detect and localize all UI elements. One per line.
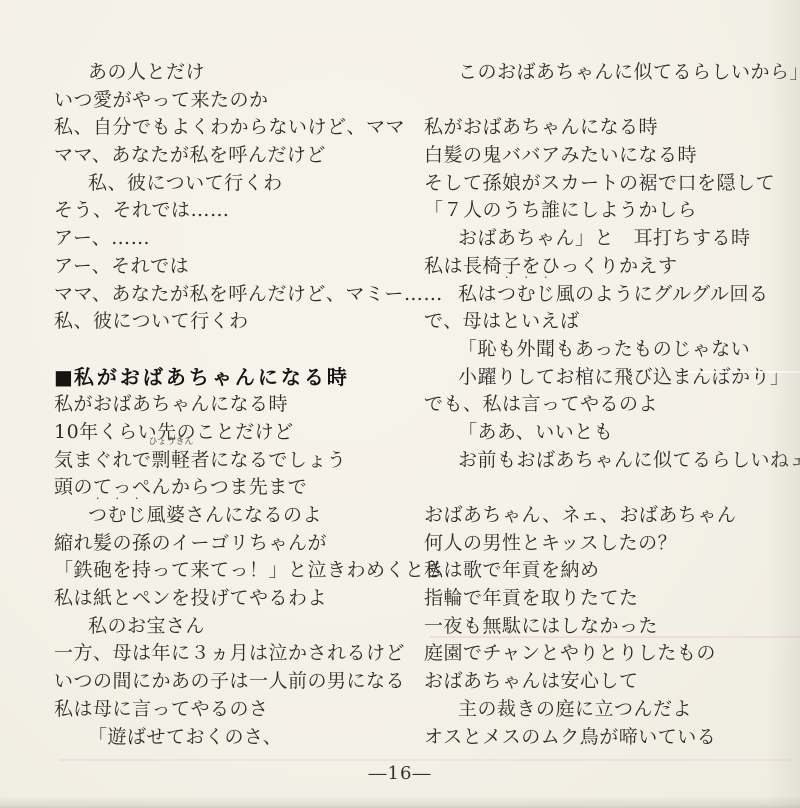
page-edge-shadow-bottom	[0, 796, 800, 808]
furigana-annotated-text: ひょうきん剽軽	[152, 447, 191, 475]
lyric-line: お前もおばあちゃんに似てるらしいねェ」	[424, 447, 796, 475]
emphasis-dot-icon: ・	[94, 495, 102, 503]
emphasis-dotted-char: ・む	[517, 281, 537, 309]
lyric-line: ママ、あなたが私を呼んだけど	[54, 142, 426, 170]
emphasis-dot-icon: ・	[133, 495, 141, 503]
lyric-line: ママ、あなたが私を呼んだけど、マミー……	[54, 281, 426, 309]
lyric-line: あの人とだけ	[54, 59, 426, 87]
lyric-line: 「恥も外聞もあったものじゃない	[424, 336, 796, 364]
lyric-line: 指輪で年貢を取りたてた	[424, 585, 796, 613]
lyrics-column-right: このおばあちゃんに似てるらしいから」私がおばあちゃんになる時白髪の鬼ババアみたい…	[424, 59, 796, 751]
blank-line	[424, 87, 796, 115]
page-number: ―16―	[0, 763, 800, 784]
lyric-line: 私がおばあちゃんになる時	[54, 391, 426, 419]
emphasis-dotted-char: ・じ	[536, 281, 556, 309]
lyric-line: 縮れ髪の孫のイーゴリちゃんが	[54, 530, 426, 558]
lyric-line: 「遊ばせておくのさ、	[54, 724, 426, 752]
emphasis-dot-icon: ・	[503, 274, 511, 282]
emphasis-dotted-char: ・む	[108, 502, 128, 530]
lyric-line: 私、彼について行くわ	[54, 308, 426, 336]
page-edge-shadow-right	[766, 0, 800, 808]
lyric-line: 私、彼について行くわ	[54, 170, 426, 198]
lyric-line: 頭のてっぺんからつま先まで	[54, 474, 426, 502]
lyric-line: 「鉄砲を持って来てっ！」と泣きわめくとき	[54, 557, 426, 585]
lyric-line: 主の裁きの庭に立つんだよ	[424, 696, 796, 724]
furigana-text: ひょうきん	[149, 438, 194, 447]
lyric-line: アー、それでは	[54, 253, 426, 281]
lyric-line: いつ愛がやって来たのか	[54, 87, 426, 115]
lyric-line: おばあちゃん」と 耳打ちする時	[424, 225, 796, 253]
lyric-line: 一方、母は年に３ヵ月は泣かされるけど	[54, 640, 426, 668]
lyric-line: 10年くらい先のことだけど	[54, 419, 426, 447]
lyric-line: そして孫娘がスカートの裾で口を隠して	[424, 170, 796, 198]
lyric-line: 「７人のうち誰にしようかしら	[424, 197, 796, 225]
lyric-line: 「ああ、いいとも	[424, 419, 796, 447]
lyric-line: 私、自分でもよくわからないけど、ママ	[54, 114, 426, 142]
lyric-line: 白髪の鬼ババアみたいになる時	[424, 142, 796, 170]
lyric-line: 一夜も無駄にはしなかった	[424, 613, 796, 641]
lyric-line: おばあちゃんは安心して	[424, 668, 796, 696]
lyric-line: 何人の男性とキッスしたの？	[424, 530, 796, 558]
lyric-line: このおばあちゃんに似てるらしいから」	[424, 59, 796, 87]
lyric-line: 私は長椅子をひっくりかえす	[424, 253, 796, 281]
song-section-heading: ■私がおばあちゃんになる時	[54, 364, 426, 392]
lyric-line: おばあちゃん、ネェ、おばあちゃん	[424, 502, 796, 530]
lyrics-column-left: あの人とだけいつ愛がやって来たのか私、自分でもよくわからないけど、ママママ、あな…	[54, 59, 426, 751]
lyric-line: 小躍りしてお棺に飛び込まんばかり」	[424, 364, 796, 392]
lyric-line: 私は・つ・む・じ風のようにグルグル回る	[424, 281, 796, 309]
emphasis-dot-icon: ・	[113, 495, 121, 503]
emphasis-dotted-char: ・じ	[127, 502, 147, 530]
blank-line	[54, 336, 426, 364]
emphasis-dot-icon: ・	[522, 274, 530, 282]
lyric-line: 私がおばあちゃんになる時	[424, 114, 796, 142]
lyric-line: 私は紙とペンを投げてやるわよ	[54, 585, 426, 613]
emphasis-dotted-char: ・つ	[88, 502, 108, 530]
lyric-line: 庭園でチャンとやりとりしたもの	[424, 640, 796, 668]
emphasis-dotted-char: ・つ	[497, 281, 517, 309]
lyric-line: 私は母に言ってやるのさ	[54, 696, 426, 724]
lyric-line: でも、私は言ってやるのよ	[424, 391, 796, 419]
lyric-line: そう、それでは……	[54, 197, 426, 225]
lyric-line: ・つ・む・じ風婆さんになるのよ	[54, 502, 426, 530]
section-marker-icon: ■	[54, 365, 73, 389]
blank-line	[424, 474, 796, 502]
lyric-line: アー、……	[54, 225, 426, 253]
lyric-line: で、母はといえば	[424, 308, 796, 336]
lyric-line: いつの間にかあの子は一人前の男になる	[54, 668, 426, 696]
scanned-booklet-page: あの人とだけいつ愛がやって来たのか私、自分でもよくわからないけど、ママママ、あな…	[0, 0, 800, 808]
lyric-line: 私は歌で年貢を納め	[424, 557, 796, 585]
emphasis-dot-icon: ・	[542, 274, 550, 282]
lyric-line: 私のお宝さん	[54, 613, 426, 641]
scan-artifact-line	[60, 759, 790, 761]
lyric-line: 気まぐれでひょうきん剽軽者になるでしょう	[54, 447, 426, 475]
lyric-line: オスとメスのムク鳥が啼いている	[424, 724, 796, 752]
